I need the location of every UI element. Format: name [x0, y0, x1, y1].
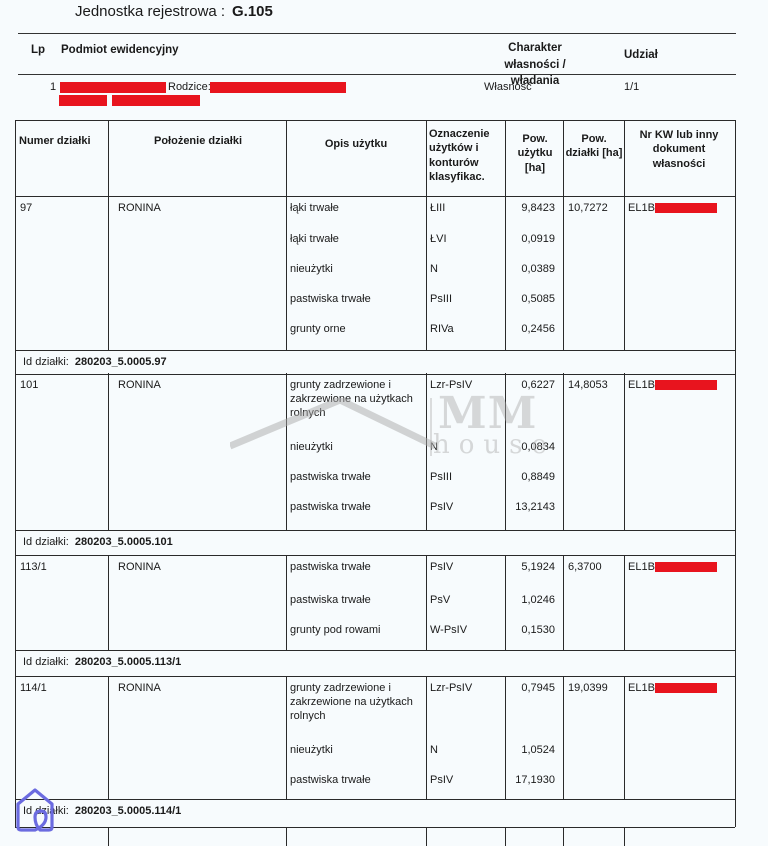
owner-lp: 1	[50, 81, 56, 93]
use-area: 17,1930	[505, 774, 555, 786]
use-description: pastwiska trwałe	[290, 471, 371, 483]
column-divider	[505, 827, 506, 846]
column-divider	[735, 196, 736, 374]
column-divider	[426, 120, 427, 196]
use-description: nieużytki	[290, 441, 333, 453]
use-description: nieużytki	[290, 744, 333, 756]
column-divider	[108, 196, 109, 350]
redacted-field	[59, 95, 107, 106]
registry-unit-value: G.105	[232, 3, 273, 20]
parcel-location: RONINA	[118, 682, 161, 694]
column-divider	[426, 373, 427, 530]
kw-number-prefix: EL1B/	[628, 379, 658, 391]
row-divider	[15, 799, 735, 800]
kw-number-prefix: EL1B/	[628, 202, 658, 214]
use-designation: PsIII	[430, 471, 452, 483]
use-area: 0,0389	[505, 263, 555, 275]
parents-label: Rodzice:	[168, 81, 211, 93]
parcel-area: 19,0399	[564, 682, 608, 694]
column-divider	[735, 555, 736, 676]
column-divider	[286, 555, 287, 650]
column-divider	[563, 196, 564, 350]
use-area: 0,6227	[505, 379, 555, 391]
col-area-use: Pow. użytku [ha]	[507, 132, 563, 175]
use-area: 0,8849	[505, 471, 555, 483]
col-parcel-location: Położenie działki	[109, 134, 287, 148]
parcel-area: 10,7272	[564, 202, 608, 214]
use-area: 1,0246	[505, 594, 555, 606]
use-designation: PsV	[430, 594, 450, 606]
parcel-location: RONINA	[118, 202, 161, 214]
column-divider	[286, 120, 287, 196]
parcel-id-value: 280203_5.0005.113/1	[75, 656, 181, 668]
parcel-number: 113/1	[20, 561, 47, 573]
redacted-name	[60, 82, 166, 93]
parcel-area: 6,3700	[564, 561, 602, 573]
row-divider	[15, 676, 735, 677]
row-divider	[15, 120, 735, 121]
use-description: pastwiska trwałe	[290, 293, 371, 305]
redacted-field	[112, 95, 200, 106]
parcel-number: 101	[20, 379, 38, 391]
column-divider	[624, 196, 625, 350]
column-divider	[624, 373, 625, 530]
parcel-id-row: Id działki:280203_5.0005.97	[23, 356, 167, 368]
use-area: 0,2456	[505, 323, 555, 335]
use-area: 0,0919	[505, 233, 555, 245]
row-divider	[15, 196, 735, 197]
column-divider	[108, 120, 109, 196]
redacted-kw-number	[655, 562, 717, 572]
parcel-location: RONINA	[118, 379, 161, 391]
divider	[18, 33, 736, 34]
parcel-id-row: Id działki:280203_5.0005.101	[23, 536, 173, 548]
row-divider	[15, 350, 735, 351]
use-description: łąki trwałe	[290, 233, 339, 245]
parcel-id-value: 280203_5.0005.97	[75, 356, 167, 368]
redacted-kw-number	[655, 380, 717, 390]
col-character-line1: Charakter	[484, 40, 586, 57]
parcel-id-label: Id działki:	[23, 656, 69, 668]
column-divider	[426, 196, 427, 350]
registry-unit-label: Jednostka rejestrowa :	[75, 3, 225, 20]
owner-share: 1/1	[624, 81, 639, 93]
divider	[18, 74, 736, 75]
col-parcel-number: Numer działki	[19, 134, 107, 148]
kw-number-prefix: EL1B/	[628, 561, 658, 573]
kw-number-prefix: EL1B/	[628, 682, 658, 694]
column-divider	[15, 196, 16, 374]
col-subject: Podmiot ewidencyjny	[61, 44, 179, 56]
column-divider	[563, 827, 564, 846]
use-designation: N	[430, 263, 438, 275]
use-description: grunty zadrzewione i zakrzewione na użyt…	[290, 682, 420, 723]
column-divider	[108, 676, 109, 799]
use-designation: ŁIII	[430, 202, 445, 214]
column-divider	[426, 827, 427, 846]
use-area: 0,1530	[505, 624, 555, 636]
column-divider	[286, 827, 287, 846]
column-divider	[624, 827, 625, 846]
use-area: 0,7945	[505, 682, 555, 694]
parcel-area: 14,8053	[564, 379, 608, 391]
use-description: grunty zadrzewione i zakrzewione na użyt…	[290, 379, 420, 420]
parcel-id-label: Id działki:	[23, 536, 69, 548]
use-description: pastwiska trwałe	[290, 501, 371, 513]
row-divider	[15, 555, 735, 556]
use-description: pastwiska trwałe	[290, 561, 371, 573]
use-designation: PsIII	[430, 293, 452, 305]
parcel-id-row: Id działki:280203_5.0005.113/1	[23, 656, 181, 668]
use-description: łąki trwałe	[290, 202, 339, 214]
use-designation: PsIV	[430, 561, 453, 573]
parcel-location: RONINA	[118, 561, 161, 573]
column-divider	[624, 120, 625, 196]
row-divider	[15, 827, 735, 828]
column-divider	[15, 373, 16, 555]
use-designation: N	[430, 744, 438, 756]
use-designation: Lzr-PsIV	[430, 379, 472, 391]
use-description: grunty orne	[290, 323, 346, 335]
column-divider	[426, 676, 427, 799]
column-divider	[735, 676, 736, 827]
col-share: Udział	[624, 49, 658, 61]
column-divider	[108, 373, 109, 530]
column-divider	[563, 373, 564, 530]
use-area: 1,0524	[505, 744, 555, 756]
use-designation: Lzr-PsIV	[430, 682, 472, 694]
use-area: 0,0834	[505, 441, 555, 453]
col-kw-number: Nr KW lub inny dokument własności	[626, 128, 732, 171]
column-divider	[108, 555, 109, 650]
parcels-table: Numer działki Położenie działki Opis uży…	[15, 120, 735, 846]
column-divider	[286, 196, 287, 350]
parcel-number: 97	[20, 202, 32, 214]
column-divider	[15, 555, 16, 676]
col-use-description: Opis użytku	[287, 137, 425, 151]
redacted-kw-number	[655, 203, 717, 213]
column-divider	[735, 373, 736, 555]
house-logo-icon[interactable]	[14, 787, 56, 833]
use-area: 13,2143	[505, 501, 555, 513]
column-divider	[563, 120, 564, 196]
use-designation: RIVa	[430, 323, 454, 335]
column-divider	[426, 555, 427, 650]
use-description: pastwiska trwałe	[290, 594, 371, 606]
column-divider	[624, 676, 625, 799]
row-divider	[15, 374, 735, 375]
use-description: nieużytki	[290, 263, 333, 275]
use-area: 0,5085	[505, 293, 555, 305]
use-description: pastwiska trwałe	[290, 774, 371, 786]
use-designation: ŁVI	[430, 233, 447, 245]
redacted-kw-number	[655, 683, 717, 693]
use-area: 5,1924	[505, 561, 555, 573]
parcel-number: 114/1	[20, 682, 47, 694]
column-divider	[286, 676, 287, 799]
column-divider	[505, 120, 506, 196]
col-area-parcel: Pow. działki [ha]	[565, 132, 623, 161]
use-designation: PsIV	[430, 501, 453, 513]
column-divider	[15, 120, 16, 196]
parcel-id-label: Id działki:	[23, 356, 69, 368]
owner-character: Własność	[484, 81, 532, 93]
column-divider	[624, 555, 625, 650]
parcel-id-value: 280203_5.0005.101	[75, 536, 173, 548]
use-designation: PsIV	[430, 774, 453, 786]
row-divider	[15, 650, 735, 651]
column-divider	[108, 827, 109, 846]
parcel-id-value: 280203_5.0005.114/1	[75, 805, 181, 817]
col-lp: Lp	[31, 44, 45, 56]
use-designation: W-PsIV	[430, 624, 467, 636]
use-designation: N	[430, 441, 438, 453]
col-designation: Oznaczenie użytków i konturów klasyfikac…	[429, 127, 505, 184]
use-description: grunty pod rowami	[290, 624, 381, 636]
column-divider	[735, 120, 736, 196]
column-divider	[286, 373, 287, 530]
use-area: 9,8423	[505, 202, 555, 214]
redacted-parents	[210, 82, 346, 93]
row-divider	[15, 530, 735, 531]
column-divider	[563, 676, 564, 799]
